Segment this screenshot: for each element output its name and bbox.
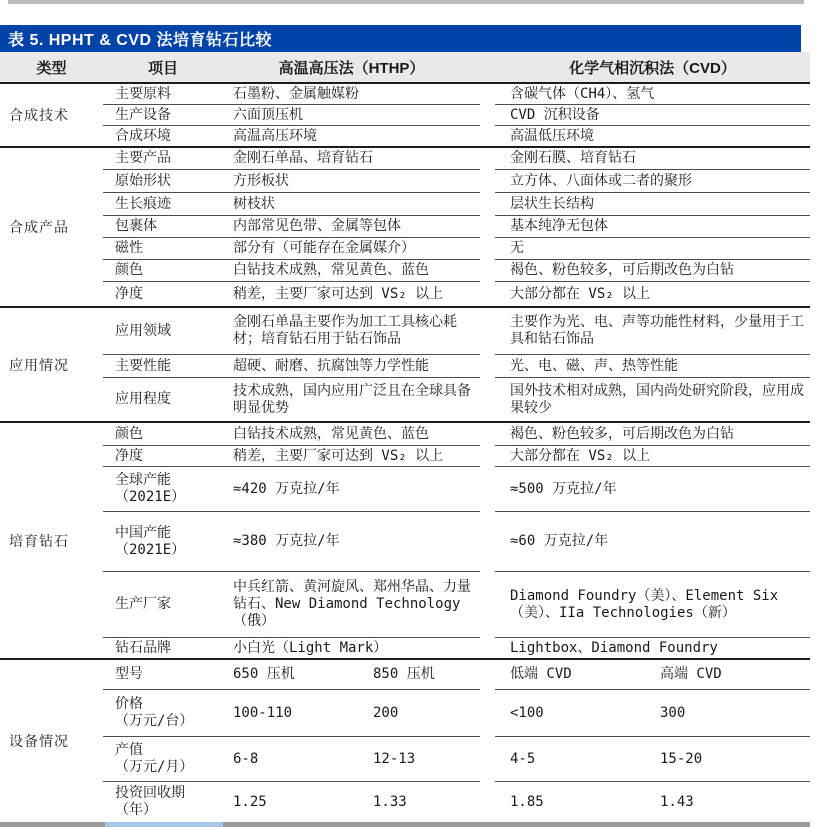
row-left-segment: 净度稍差，主要厂家可达到 VS₂ 以上 bbox=[103, 446, 480, 467]
hthp-cell: 方形板状 bbox=[223, 173, 480, 190]
bottom-bar-highlight bbox=[105, 822, 223, 827]
cvd-cell: ≈500 万克拉/年 bbox=[495, 481, 810, 498]
group-rows: 颜色白钻技术成熟，常见黄色、蓝色褐色、粉色较多，可后期改色为白钻净度稍差，主要厂… bbox=[103, 423, 810, 658]
column-gap bbox=[480, 690, 495, 737]
column-gap bbox=[480, 572, 495, 638]
row-right-segment: 4-515-20 bbox=[495, 737, 810, 782]
row-right-segment: CVD 沉积设备 bbox=[495, 105, 810, 126]
value-cell: <100 bbox=[495, 705, 660, 722]
value-cell: 15-20 bbox=[660, 751, 810, 768]
cvd-cell: CVD 沉积设备 bbox=[495, 107, 810, 124]
table-row: 原始形状方形板状立方体、八面体或二者的聚形 bbox=[103, 170, 810, 193]
row-right-segment: 1.851.43 bbox=[495, 782, 810, 822]
table-row: 生产设备六面顶压机CVD 沉积设备 bbox=[103, 105, 810, 126]
value-cell: 1.43 bbox=[660, 794, 810, 811]
cvd-cell: Diamond Foundry（美）、Element Six（美）、IIa Te… bbox=[495, 588, 810, 622]
comparison-table: 类型 项目 高温高压法（HTHP） 化学气相沉积法（CVD） 合成技术主要原料石… bbox=[0, 52, 810, 822]
table-row: 型号650 压机850 压机低端 CVD高端 CVD bbox=[103, 660, 810, 690]
item-cell: 投资回收期 （年） bbox=[103, 785, 223, 819]
table-row: 颜色白钻技术成熟，常见黄色、蓝色褐色、粉色较多，可后期改色为白钻 bbox=[103, 260, 810, 282]
row-right-segment: 大部分都在 VS₂ 以上 bbox=[495, 282, 810, 306]
row-left-segment: 生长痕迹树枝状 bbox=[103, 193, 480, 216]
value-cell: 6-8 bbox=[223, 751, 363, 768]
item-cell: 净度 bbox=[103, 448, 223, 465]
row-right-segment: ≈500 万克拉/年 bbox=[495, 467, 810, 512]
item-cell: 主要原料 bbox=[103, 86, 223, 103]
hthp-cell: 高温高压环境 bbox=[223, 128, 480, 145]
group-type-label: 合成产品 bbox=[0, 148, 103, 306]
row-right-segment: 大部分都在 VS₂ 以上 bbox=[495, 446, 810, 467]
table-row: 投资回收期 （年）1.251.331.851.43 bbox=[103, 782, 810, 822]
row-left-segment: 主要原料石墨粉、金属触媒粉 bbox=[103, 84, 480, 105]
cvd-cell: 大部分都在 VS₂ 以上 bbox=[495, 286, 810, 303]
hthp-cell: 中兵红箭、黄河旋风、郑州华晶、力量钻石、New Diamond Technolo… bbox=[223, 579, 480, 630]
row-left-segment: 中国产能 （2021E）≈380 万克拉/年 bbox=[103, 512, 480, 572]
row-right-segment: 含碳气体（CH4）、氢气 bbox=[495, 84, 810, 105]
table-row: 生产厂家中兵红箭、黄河旋风、郑州华晶、力量钻石、New Diamond Tech… bbox=[103, 572, 810, 638]
row-right-segment: 褐色、粉色较多，可后期改色为白钻 bbox=[495, 260, 810, 282]
hthp-cell: 石墨粉、金属触媒粉 bbox=[223, 86, 480, 103]
row-right-segment: 主要作为光、电、声等功能性材料，少量用于工具和钻石饰品 bbox=[495, 308, 810, 355]
table-group: 合成技术主要原料石墨粉、金属触媒粉含碳气体（CH4）、氢气生产设备六面顶压机CV… bbox=[0, 84, 810, 148]
column-gap bbox=[480, 84, 495, 105]
cvd-cell: ≈60 万克拉/年 bbox=[495, 533, 810, 550]
item-cell: 生产厂家 bbox=[103, 596, 223, 613]
row-right-segment: 金刚石膜、培育钻石 bbox=[495, 148, 810, 170]
column-gap bbox=[480, 782, 495, 822]
cvd-cell: 褐色、粉色较多，可后期改色为白钻 bbox=[495, 262, 810, 279]
row-left-segment: 应用领域金刚石单晶主要作为加工工具核心耗材；培育钻石用于钻石饰品 bbox=[103, 308, 480, 355]
item-cell: 主要性能 bbox=[103, 358, 223, 375]
column-gap bbox=[480, 467, 495, 512]
item-cell: 合成环境 bbox=[103, 128, 223, 145]
column-gap bbox=[480, 737, 495, 782]
row-left-segment: 颜色白钻技术成熟，常见黄色、蓝色 bbox=[103, 260, 480, 282]
column-gap bbox=[480, 260, 495, 282]
group-rows: 主要原料石墨粉、金属触媒粉含碳气体（CH4）、氢气生产设备六面顶压机CVD 沉积… bbox=[103, 84, 810, 146]
table-row: 净度稍差，主要厂家可达到 VS₂ 以上大部分都在 VS₂ 以上 bbox=[103, 446, 810, 467]
group-type-label: 应用情况 bbox=[0, 308, 103, 421]
row-left-segment: 生产设备六面顶压机 bbox=[103, 105, 480, 126]
hthp-cell: ≈420 万克拉/年 bbox=[223, 481, 480, 498]
row-right-segment: <100300 bbox=[495, 690, 810, 737]
row-left-segment: 型号650 压机850 压机 bbox=[103, 660, 480, 690]
column-gap bbox=[480, 308, 495, 355]
row-left-segment: 价格 （万元/台）100-110200 bbox=[103, 690, 480, 737]
row-left-segment: 主要产品金刚石单晶、培育钻石 bbox=[103, 148, 480, 170]
group-rows: 主要产品金刚石单晶、培育钻石金刚石膜、培育钻石原始形状方形板状立方体、八面体或二… bbox=[103, 148, 810, 306]
item-cell: 颜色 bbox=[103, 262, 223, 279]
table-group: 设备情况型号650 压机850 压机低端 CVD高端 CVD价格 （万元/台）1… bbox=[0, 660, 810, 822]
cvd-cell: 立方体、八面体或二者的聚形 bbox=[495, 173, 810, 190]
item-cell: 钻石品牌 bbox=[103, 640, 223, 657]
column-gap bbox=[480, 282, 495, 306]
item-cell: 应用程度 bbox=[103, 391, 223, 408]
row-left-segment: 应用程度技术成熟，国内应用广泛且在全球具备明显优势 bbox=[103, 378, 480, 421]
row-left-segment: 包裹体内部常见色带、金属等包体 bbox=[103, 216, 480, 238]
cvd-cell: 层状生长结构 bbox=[495, 196, 810, 213]
table-row: 钻石品牌小白光（Light Mark）Lightbox、Diamond Foun… bbox=[103, 638, 810, 658]
table-row: 合成环境高温高压环境高温低压环境 bbox=[103, 126, 810, 146]
header-cell-item: 项目 bbox=[103, 57, 223, 78]
table-group: 培育钻石颜色白钻技术成熟，常见黄色、蓝色褐色、粉色较多，可后期改色为白钻净度稍差… bbox=[0, 423, 810, 660]
hthp-cell: 六面顶压机 bbox=[223, 107, 480, 124]
column-gap bbox=[480, 170, 495, 193]
item-cell: 颜色 bbox=[103, 426, 223, 443]
hthp-cell: 金刚石单晶主要作为加工工具核心耗材；培育钻石用于钻石饰品 bbox=[223, 314, 480, 348]
row-right-segment: 国外技术相对成熟，国内尚处研究阶段，应用成果较少 bbox=[495, 378, 810, 421]
row-left-segment: 生产厂家中兵红箭、黄河旋风、郑州华晶、力量钻石、New Diamond Tech… bbox=[103, 572, 480, 638]
row-left-segment: 投资回收期 （年）1.251.33 bbox=[103, 782, 480, 822]
table-row: 产值 （万元/月）6-812-134-515-20 bbox=[103, 737, 810, 782]
table-row: 应用领域金刚石单晶主要作为加工工具核心耗材；培育钻石用于钻石饰品主要作为光、电、… bbox=[103, 308, 810, 355]
hthp-cell: 树枝状 bbox=[223, 196, 480, 213]
item-cell: 价格 （万元/台） bbox=[103, 696, 223, 730]
row-right-segment: Lightbox、Diamond Foundry bbox=[495, 638, 810, 658]
value-cell: 850 压机 bbox=[363, 666, 480, 683]
top-divider-strip bbox=[8, 0, 804, 4]
value-cell: 1.85 bbox=[495, 794, 660, 811]
item-cell: 生产设备 bbox=[103, 107, 223, 124]
table-row: 净度稍差，主要厂家可达到 VS₂ 以上大部分都在 VS₂ 以上 bbox=[103, 282, 810, 306]
hthp-cell: 小白光（Light Mark） bbox=[223, 640, 480, 657]
group-type-label: 合成技术 bbox=[0, 84, 103, 146]
column-gap bbox=[480, 193, 495, 216]
row-left-segment: 磁性部分有（可能存在金属媒介） bbox=[103, 238, 480, 260]
hthp-cell: 白钻技术成熟，常见黄色、蓝色 bbox=[223, 426, 480, 443]
group-type-label: 培育钻石 bbox=[0, 423, 103, 658]
row-left-segment: 钻石品牌小白光（Light Mark） bbox=[103, 638, 480, 658]
table-row: 颜色白钻技术成熟，常见黄色、蓝色褐色、粉色较多，可后期改色为白钻 bbox=[103, 423, 810, 446]
item-cell: 全球产能 （2021E） bbox=[103, 472, 223, 506]
item-cell: 原始形状 bbox=[103, 173, 223, 190]
row-left-segment: 净度稍差，主要厂家可达到 VS₂ 以上 bbox=[103, 282, 480, 306]
bottom-border-bar bbox=[0, 822, 810, 827]
column-gap bbox=[480, 638, 495, 658]
value-cell: 1.25 bbox=[223, 794, 363, 811]
group-rows: 型号650 压机850 压机低端 CVD高端 CVD价格 （万元/台）100-1… bbox=[103, 660, 810, 822]
cvd-cell: 大部分都在 VS₂ 以上 bbox=[495, 448, 810, 465]
column-gap bbox=[480, 660, 495, 690]
table-row: 生长痕迹树枝状层状生长结构 bbox=[103, 193, 810, 216]
table-title-bar: 表 5. HPHT & CVD 法培育钻石比较 bbox=[0, 25, 801, 52]
column-gap bbox=[480, 105, 495, 126]
hthp-cell: 超硬、耐磨、抗腐蚀等力学性能 bbox=[223, 358, 480, 375]
cvd-cell: 高温低压环境 bbox=[495, 128, 810, 145]
item-cell: 生长痕迹 bbox=[103, 196, 223, 213]
table-row: 主要产品金刚石单晶、培育钻石金刚石膜、培育钻石 bbox=[103, 148, 810, 170]
column-gap bbox=[480, 512, 495, 572]
table-group: 合成产品主要产品金刚石单晶、培育钻石金刚石膜、培育钻石原始形状方形板状立方体、八… bbox=[0, 148, 810, 308]
header-cell-type: 类型 bbox=[0, 57, 103, 78]
row-right-segment: Diamond Foundry（美）、Element Six（美）、IIa Te… bbox=[495, 572, 810, 638]
value-cell: 300 bbox=[660, 705, 810, 722]
row-right-segment: 立方体、八面体或二者的聚形 bbox=[495, 170, 810, 193]
table-group: 应用情况应用领域金刚石单晶主要作为加工工具核心耗材；培育钻石用于钻石饰品主要作为… bbox=[0, 308, 810, 423]
hthp-cell: 部分有（可能存在金属媒介） bbox=[223, 240, 480, 257]
cvd-cell: 金刚石膜、培育钻石 bbox=[495, 150, 810, 167]
row-left-segment: 颜色白钻技术成熟，常见黄色、蓝色 bbox=[103, 423, 480, 446]
header-cell-cvd: 化学气相沉积法（CVD） bbox=[495, 57, 810, 78]
table-row: 价格 （万元/台）100-110200<100300 bbox=[103, 690, 810, 737]
cvd-cell: 含碳气体（CH4）、氢气 bbox=[495, 86, 810, 103]
table-row: 主要性能超硬、耐磨、抗腐蚀等力学性能光、电、磁、声、热等性能 bbox=[103, 355, 810, 378]
row-right-segment: 褐色、粉色较多，可后期改色为白钻 bbox=[495, 423, 810, 446]
row-right-segment: 无 bbox=[495, 238, 810, 260]
table-header-row: 类型 项目 高温高压法（HTHP） 化学气相沉积法（CVD） bbox=[0, 52, 810, 84]
row-left-segment: 合成环境高温高压环境 bbox=[103, 126, 480, 146]
item-cell: 磁性 bbox=[103, 240, 223, 257]
column-gap bbox=[480, 378, 495, 421]
cvd-cell: 国外技术相对成熟，国内尚处研究阶段，应用成果较少 bbox=[495, 383, 810, 417]
value-cell: 4-5 bbox=[495, 751, 660, 768]
row-left-segment: 原始形状方形板状 bbox=[103, 170, 480, 193]
hthp-cell: 稍差，主要厂家可达到 VS₂ 以上 bbox=[223, 286, 480, 303]
value-cell: 12-13 bbox=[363, 751, 480, 768]
item-cell: 主要产品 bbox=[103, 150, 223, 167]
cvd-cell: Lightbox、Diamond Foundry bbox=[495, 640, 810, 657]
header-cell-hthp: 高温高压法（HTHP） bbox=[223, 57, 480, 78]
item-cell: 中国产能 （2021E） bbox=[103, 525, 223, 559]
row-right-segment: ≈60 万克拉/年 bbox=[495, 512, 810, 572]
table-row: 磁性部分有（可能存在金属媒介）无 bbox=[103, 238, 810, 260]
column-gap bbox=[480, 148, 495, 170]
item-cell: 净度 bbox=[103, 286, 223, 303]
page-title: 表 5. HPHT & CVD 法培育钻石比较 bbox=[0, 27, 272, 50]
item-cell: 包裹体 bbox=[103, 218, 223, 235]
value-cell: 低端 CVD bbox=[495, 666, 660, 683]
hthp-cell: 白钻技术成熟，常见黄色、蓝色 bbox=[223, 262, 480, 279]
report-table-page: 表 5. HPHT & CVD 法培育钻石比较 类型 项目 高温高压法（HTHP… bbox=[0, 0, 826, 827]
cvd-cell: 光、电、磁、声、热等性能 bbox=[495, 358, 810, 375]
row-left-segment: 主要性能超硬、耐磨、抗腐蚀等力学性能 bbox=[103, 355, 480, 378]
cvd-cell: 无 bbox=[495, 240, 810, 257]
table-body: 合成技术主要原料石墨粉、金属触媒粉含碳气体（CH4）、氢气生产设备六面顶压机CV… bbox=[0, 84, 810, 822]
item-cell: 应用领域 bbox=[103, 323, 223, 340]
hthp-cell: 技术成熟，国内应用广泛且在全球具备明显优势 bbox=[223, 383, 480, 417]
row-right-segment: 低端 CVD高端 CVD bbox=[495, 660, 810, 690]
column-gap bbox=[480, 446, 495, 467]
column-gap bbox=[480, 355, 495, 378]
hthp-cell: 内部常见色带、金属等包体 bbox=[223, 218, 480, 235]
value-cell: 高端 CVD bbox=[660, 666, 810, 683]
row-left-segment: 产值 （万元/月）6-812-13 bbox=[103, 737, 480, 782]
table-row: 包裹体内部常见色带、金属等包体基本纯净无包体 bbox=[103, 216, 810, 238]
item-cell: 产值 （万元/月） bbox=[103, 742, 223, 776]
table-row: 全球产能 （2021E）≈420 万克拉/年≈500 万克拉/年 bbox=[103, 467, 810, 512]
table-row: 应用程度技术成熟，国内应用广泛且在全球具备明显优势国外技术相对成熟，国内尚处研究… bbox=[103, 378, 810, 421]
value-cell: 1.33 bbox=[363, 794, 480, 811]
cvd-cell: 褐色、粉色较多，可后期改色为白钻 bbox=[495, 426, 810, 443]
column-gap bbox=[480, 126, 495, 146]
row-right-segment: 光、电、磁、声、热等性能 bbox=[495, 355, 810, 378]
table-row: 主要原料石墨粉、金属触媒粉含碳气体（CH4）、氢气 bbox=[103, 84, 810, 105]
group-rows: 应用领域金刚石单晶主要作为加工工具核心耗材；培育钻石用于钻石饰品主要作为光、电、… bbox=[103, 308, 810, 421]
hthp-cell: ≈380 万克拉/年 bbox=[223, 533, 480, 550]
column-gap bbox=[480, 423, 495, 446]
column-gap bbox=[480, 238, 495, 260]
cvd-cell: 主要作为光、电、声等功能性材料，少量用于工具和钻石饰品 bbox=[495, 314, 810, 348]
value-cell: 650 压机 bbox=[223, 666, 363, 683]
value-cell: 200 bbox=[363, 705, 480, 722]
hthp-cell: 金刚石单晶、培育钻石 bbox=[223, 150, 480, 167]
row-right-segment: 高温低压环境 bbox=[495, 126, 810, 146]
table-row: 中国产能 （2021E）≈380 万克拉/年≈60 万克拉/年 bbox=[103, 512, 810, 572]
group-type-label: 设备情况 bbox=[0, 660, 103, 822]
row-left-segment: 全球产能 （2021E）≈420 万克拉/年 bbox=[103, 467, 480, 512]
column-gap bbox=[480, 216, 495, 238]
cvd-cell: 基本纯净无包体 bbox=[495, 218, 810, 235]
row-right-segment: 层状生长结构 bbox=[495, 193, 810, 216]
row-right-segment: 基本纯净无包体 bbox=[495, 216, 810, 238]
item-cell: 型号 bbox=[103, 666, 223, 683]
value-cell: 100-110 bbox=[223, 705, 363, 722]
hthp-cell: 稍差，主要厂家可达到 VS₂ 以上 bbox=[223, 448, 480, 465]
